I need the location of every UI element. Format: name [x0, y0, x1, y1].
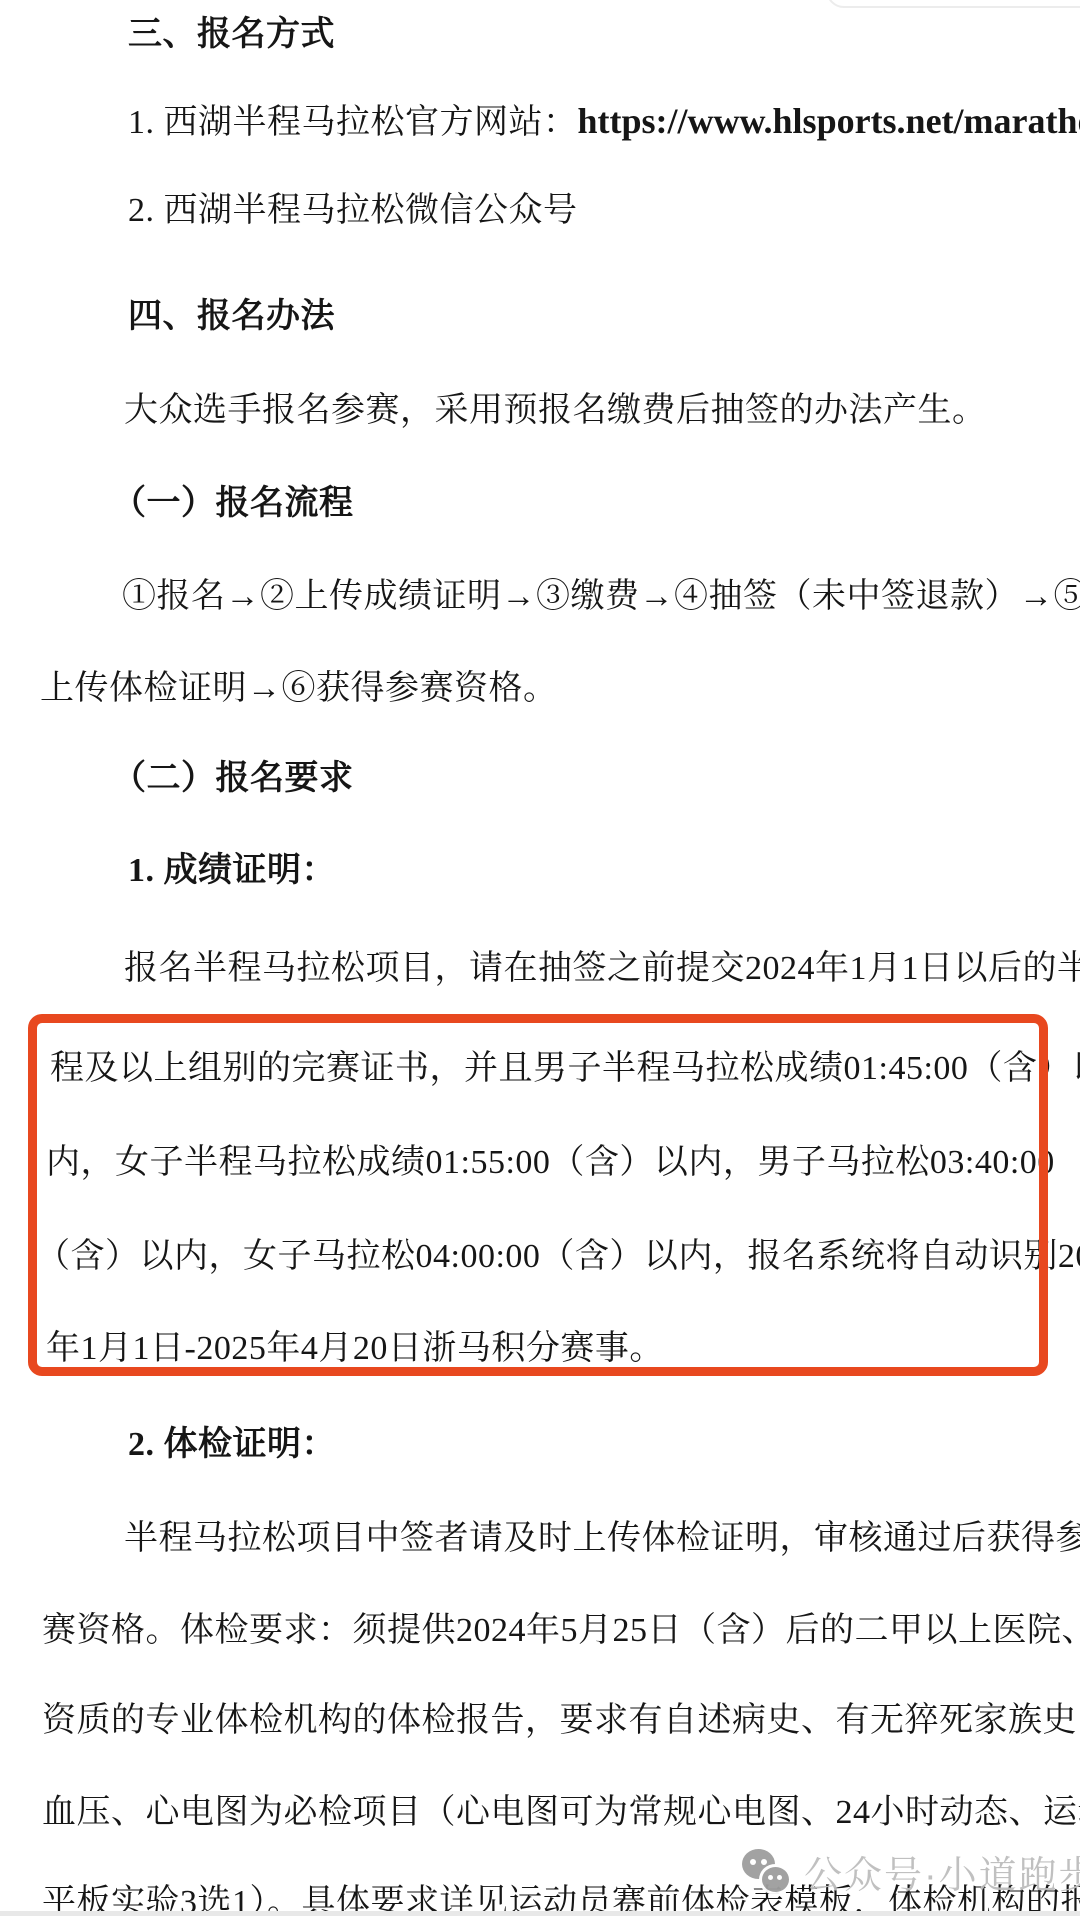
text-line: 上传体检证明→⑥获得参赛资格。 — [40, 668, 558, 710]
text-line: 半程马拉松项目中签者请及时上传体检证明，审核通过后获得参 — [124, 1518, 1080, 1560]
text-line: 2. 西湖半程马拉松微信公众号 — [128, 190, 578, 232]
text-line: 大众选手报名参赛，采用预报名缴费后抽签的办法产生。 — [124, 390, 987, 432]
text-line: （一）报名流程 — [112, 483, 354, 525]
page-bottom-strip — [0, 1911, 1080, 1916]
text-line: 报名半程马拉松项目，请在抽签之前提交2024年1月1日以后的半 — [124, 948, 1080, 990]
text-line: 赛资格。体检要求：须提供2024年5月25日（含）后的二甲以上医院、有 — [42, 1610, 1080, 1652]
text-line: ①报名→②上传成绩证明→③缴费→④抽签（未中签退款）→⑤ — [122, 576, 1080, 618]
text-line: 资质的专业体检机构的体检报告，要求有自述病史、有无猝死家族史； — [42, 1700, 1080, 1742]
text-line: 血压、心电图为必检项目（心电图可为常规心电图、24小时动态、运动 — [42, 1792, 1080, 1834]
watermark-label: 公众号·小道跑步 — [804, 1844, 1080, 1899]
text-line: 1. 成绩证明： — [128, 850, 336, 892]
wechat-icon — [742, 1849, 794, 1895]
floating-panel-edge — [826, 0, 1080, 8]
text-line: 三、报名方式 — [128, 14, 335, 56]
highlight-annotation-box — [28, 1014, 1048, 1376]
text-line: （二）报名要求 — [112, 758, 354, 800]
url-text: https://www.hlsports.net/marathon — [578, 101, 1080, 141]
text-line: 四、报名办法 — [128, 296, 335, 338]
watermark: 公众号·小道跑步 — [742, 1844, 1080, 1899]
text-line: 2. 体检证明： — [128, 1424, 336, 1466]
document-page: 三、报名方式1. 西湖半程马拉松官方网站：https://www.hlsport… — [0, 0, 1080, 1916]
text-line: 1. 西湖半程马拉松官方网站：https://www.hlsports.net/… — [128, 100, 1080, 142]
